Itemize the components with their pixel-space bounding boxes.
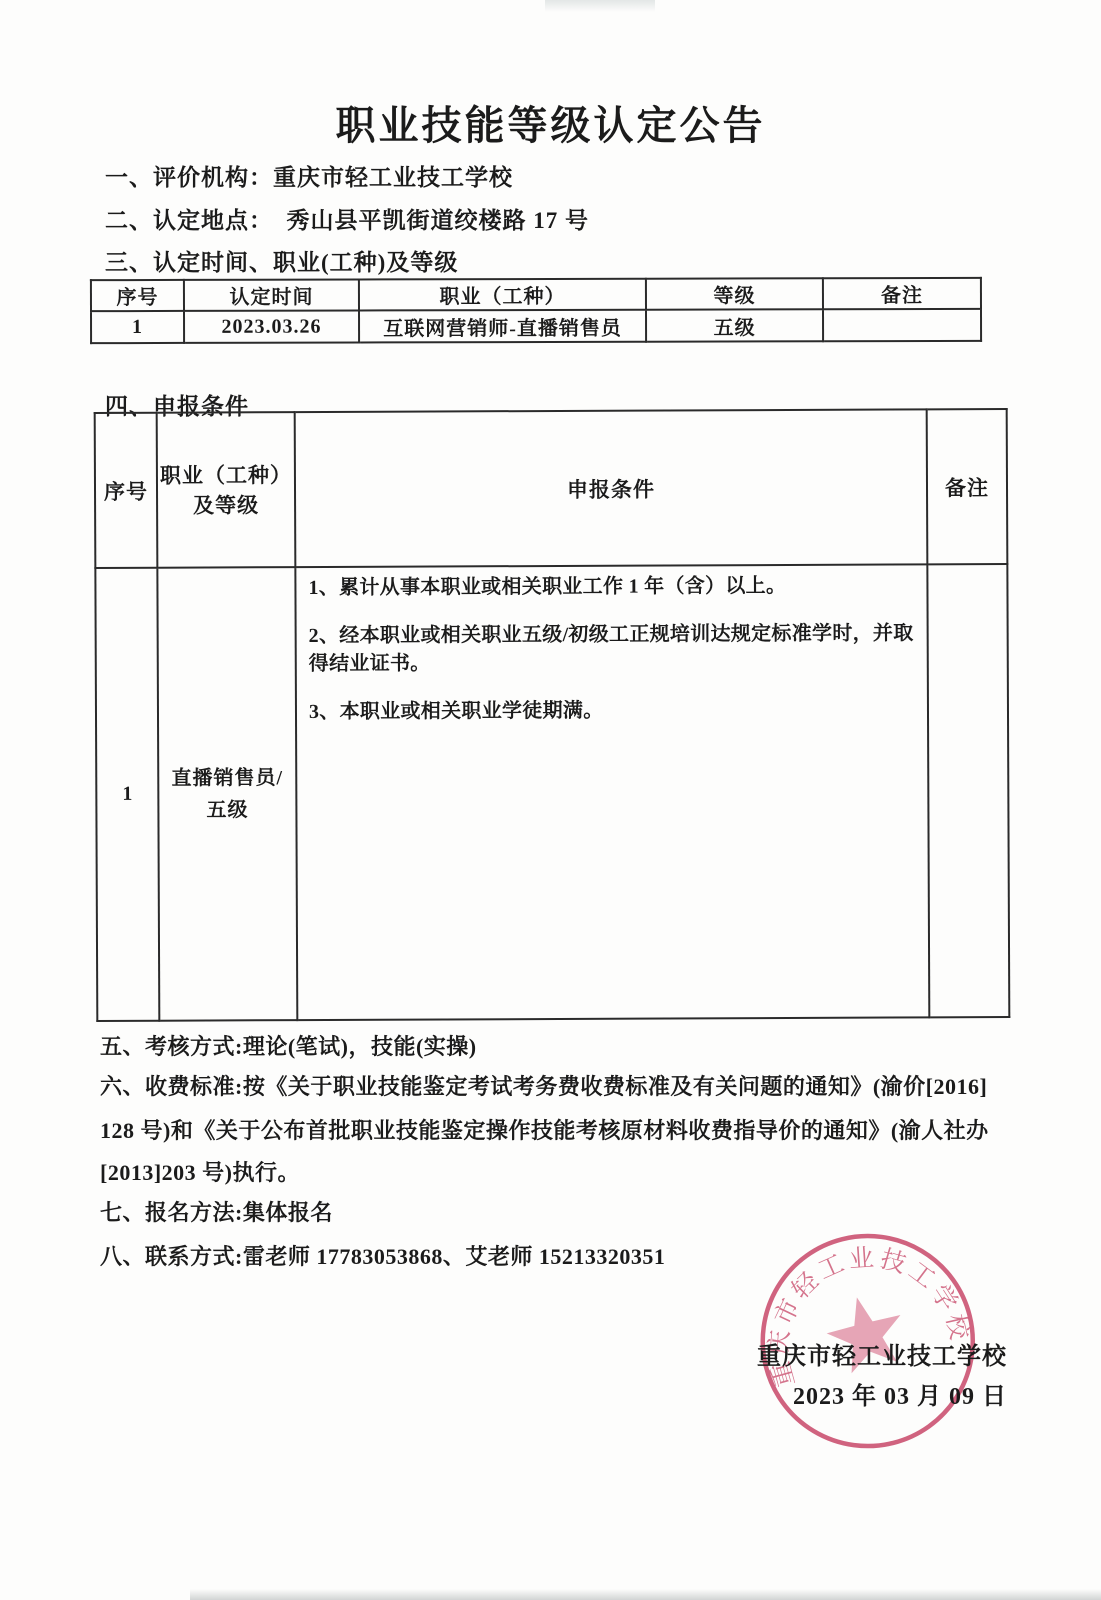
scan-smudge-top bbox=[545, 0, 655, 12]
line-fees-1: 六、收费标准:按《关于职业技能鉴定考试考务费收费标准及有关问题的通知》(渝价[2… bbox=[100, 1070, 987, 1101]
col-header-no: 序号 bbox=[91, 280, 184, 311]
col-header-occupation-line2: 及等级 bbox=[158, 490, 294, 521]
schedule-table-row: 1 2023.03.26 互联网营销师-直播销售员 五级 bbox=[91, 309, 981, 343]
line-fees-3: [2013]203 号)执行。 bbox=[100, 1156, 300, 1187]
cell-date: 2023.03.26 bbox=[184, 310, 359, 342]
cell-no: 1 bbox=[95, 568, 159, 1021]
announcement-document: 职业技能等级认定公告 一、评价机构：重庆市轻工业技工学校 二、认定地点： 秀山县… bbox=[0, 0, 1101, 1600]
condition-item-1: 1、累计从事本职业或相关职业工作 1 年（含）以上。 bbox=[308, 571, 924, 602]
line-registration-method: 七、报名方法:集体报名 bbox=[100, 1196, 333, 1227]
signature-date: 2023 年 03 月 09 日 bbox=[793, 1376, 1007, 1411]
cell-no: 1 bbox=[91, 311, 184, 343]
occupation-line2: 五级 bbox=[159, 794, 295, 827]
col-header-occupation-level: 职业（工种） 及等级 bbox=[157, 412, 296, 568]
line-assessment-method: 五、考核方式:理论(笔试)，技能(实操) bbox=[100, 1030, 477, 1061]
schedule-table-header-row: 序号 认定时间 职业（工种） 等级 备注 bbox=[91, 278, 981, 311]
cell-level: 五级 bbox=[646, 309, 823, 341]
condition-item-2: 2、经本职业或相关职业五级/初级工正规培训达规定标准学时，并取得结业证书。 bbox=[309, 619, 925, 678]
conditions-table-header-row: 序号 职业（工种） 及等级 申报条件 备注 bbox=[95, 409, 1008, 568]
conditions-table-row: 1 直播销售员/ 五级 1、累计从事本职业或相关职业工作 1 年（含）以上。 2… bbox=[95, 564, 1009, 1021]
conditions-table: 序号 职业（工种） 及等级 申报条件 备注 1 直播销售员/ 五级 1、累计从事… bbox=[94, 408, 1011, 1022]
cell-conditions: 1、累计从事本职业或相关职业工作 1 年（含）以上。 2、经本职业或相关职业五级… bbox=[295, 564, 929, 1020]
col-header-level: 等级 bbox=[646, 278, 823, 309]
signature-organization: 重庆市轻工业技工学校 bbox=[757, 1336, 1007, 1371]
occupation-line1: 直播销售员/ bbox=[159, 762, 295, 795]
col-header-occupation-line1: 职业（工种） bbox=[158, 460, 294, 491]
cell-occupation: 互联网营销师-直播销售员 bbox=[359, 310, 646, 343]
col-header-occupation: 职业（工种） bbox=[359, 279, 646, 311]
scan-smudge-bottom bbox=[190, 1589, 1101, 1600]
condition-item-3: 3、本职业或相关职业学徒期满。 bbox=[309, 695, 925, 726]
col-header-date: 认定时间 bbox=[184, 279, 359, 310]
cell-remark bbox=[927, 564, 1009, 1017]
cell-remark bbox=[823, 309, 981, 341]
col-header-conditions: 申报条件 bbox=[295, 409, 928, 567]
col-header-no: 序号 bbox=[95, 413, 158, 568]
line-evaluator: 一、评价机构：重庆市轻工业技工学校 bbox=[105, 159, 513, 192]
cell-occupation-level: 直播销售员/ 五级 bbox=[157, 567, 297, 1021]
line-location: 二、认定地点： 秀山县平凯街道绞楼路 17 号 bbox=[105, 202, 589, 235]
col-header-remark: 备注 bbox=[927, 409, 1008, 564]
line-fees-2: 128 号)和《关于公布首批职业技能鉴定操作技能考核原材料收费指导价的通知》(渝… bbox=[100, 1114, 989, 1145]
page-title: 职业技能等级认定公告 bbox=[0, 94, 1101, 151]
line-contact-info: 八、联系方式:雷老师 17783053868、艾老师 15213320351 bbox=[100, 1240, 665, 1271]
col-header-remark: 备注 bbox=[823, 278, 981, 309]
schedule-table: 序号 认定时间 职业（工种） 等级 备注 1 2023.03.26 互联网营销师… bbox=[90, 277, 982, 344]
line-schedule-heading: 三、认定时间、职业(工种)及等级 bbox=[105, 244, 458, 277]
